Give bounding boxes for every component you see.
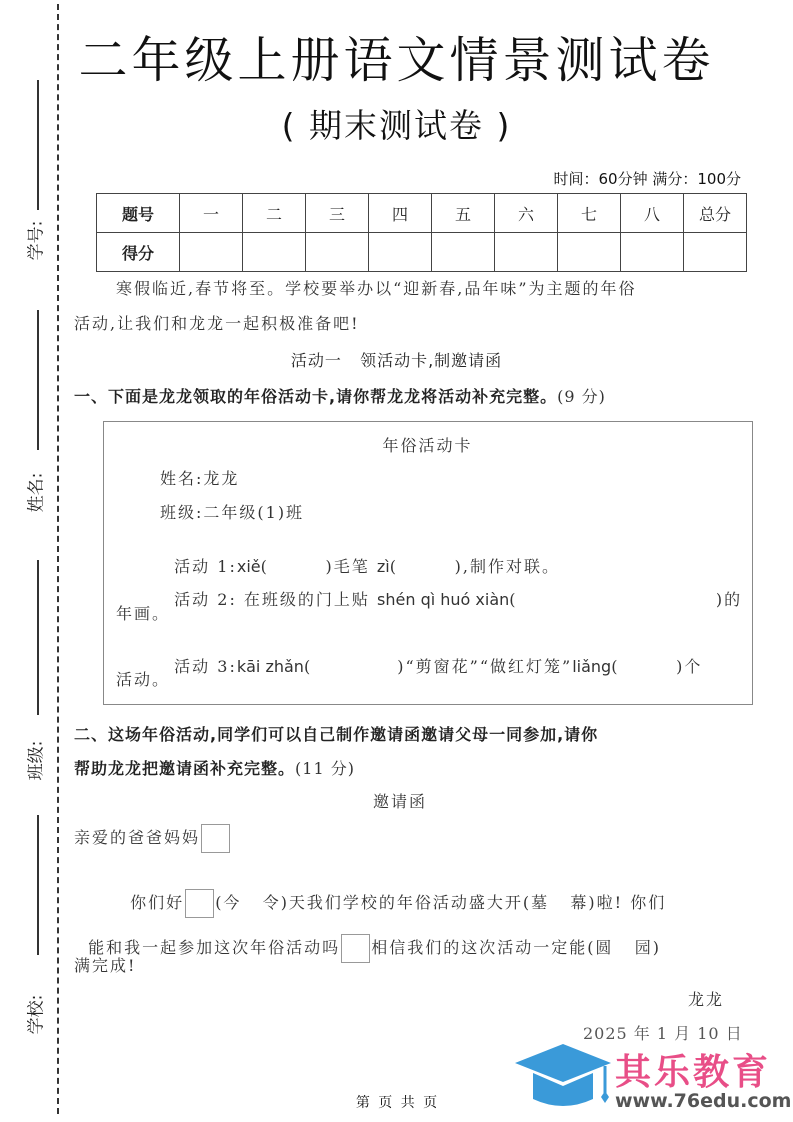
score-cell[interactable] <box>369 233 432 272</box>
page-footer: 第 页 共 页 <box>0 1092 793 1112</box>
column-header: 五 <box>432 194 495 233</box>
column-header: 七 <box>558 194 621 233</box>
score-cell-total[interactable] <box>684 233 747 272</box>
card-activity-3-cont: 活动。 <box>116 670 170 690</box>
score-cell[interactable] <box>495 233 558 272</box>
column-header: 一 <box>180 194 243 233</box>
pinyin-liang: liǎng <box>572 657 611 676</box>
row-header: 题号 <box>97 194 180 233</box>
row-header: 得分 <box>97 233 180 272</box>
time-info: 时间：60分钟 满分：100分 <box>554 168 742 189</box>
score-cell[interactable] <box>558 233 621 272</box>
name-label: 姓名: <box>22 473 47 513</box>
score-cell[interactable] <box>621 233 684 272</box>
page-title: 二年级上册语文情景测试卷 <box>0 22 793 92</box>
punctuation-box[interactable] <box>341 934 370 963</box>
class-label: 班级: <box>22 741 47 781</box>
card-name-line: 姓名:龙龙 <box>160 469 239 489</box>
card-activity-2: 活动 2: 在班级的门上贴 shén qì huó xiàn( )的 <box>160 570 742 610</box>
invitation-body-line-3: 满完成! <box>74 956 136 976</box>
score-cell[interactable] <box>180 233 243 272</box>
answer-blank[interactable]: ( ) <box>611 657 684 676</box>
question-1-points: (9 分) <box>557 387 606 406</box>
column-header-total: 总分 <box>684 194 747 233</box>
score-table: 题号 一 二 三 四 五 六 七 八 总分 得分 <box>96 193 747 272</box>
invitation-signature: 龙龙 <box>688 990 724 1010</box>
card-activity-2-cont: 年画。 <box>116 604 170 624</box>
student-id-label: 学号: <box>22 221 47 261</box>
school-label: 学校: <box>22 995 47 1035</box>
invitation-title: 邀请函 <box>0 792 793 812</box>
column-header: 四 <box>369 194 432 233</box>
binding-dashed-line <box>57 4 59 1114</box>
name-line <box>37 310 39 450</box>
page-subtitle: ( 期末测试卷 ) <box>0 100 793 147</box>
column-header: 六 <box>495 194 558 233</box>
invitation-body-line-1: 你们好(今 令)天我们学校的年俗活动盛大开(墓 幕)啦! 你们 <box>116 869 666 918</box>
pinyin-kai-zhan: kāi zhǎn <box>237 657 304 676</box>
pinyin-shen-qi-huo-xian: shén qì huó xiàn <box>377 590 509 609</box>
table-row-question-numbers: 题号 一 二 三 四 五 六 七 八 总分 <box>97 194 747 233</box>
watermark-brand: 其乐教育 <box>615 1044 771 1095</box>
school-line <box>37 815 39 955</box>
activity-card-title: 年俗活动卡 <box>0 436 793 456</box>
question-2-prompt-line-1: 二、这场年俗活动,同学们可以自己制作邀请函邀请父母一同参加,请你 <box>74 722 598 745</box>
column-header: 三 <box>306 194 369 233</box>
column-header: 八 <box>621 194 684 233</box>
intro-line-2: 活动,让我们和龙龙一起积极准备吧! <box>74 314 360 334</box>
invitation-body-line-2: 能和我一起参加这次年俗活动吗相信我们的这次活动一定能(圆 园) <box>74 914 661 963</box>
score-cell[interactable] <box>243 233 306 272</box>
activity-heading: 活动一 领活动卡,制邀请函 <box>0 348 793 371</box>
card-class-line: 班级:二年级(1)班 <box>160 503 304 523</box>
column-header: 二 <box>243 194 306 233</box>
table-row-scores: 得分 <box>97 233 747 272</box>
intro-line-1: 寒假临近,春节将至。学校要举办以“迎新春,品年味”为主题的年俗 <box>116 279 637 299</box>
class-line <box>37 560 39 715</box>
invitation-greeting: 亲爱的爸爸妈妈 <box>74 824 231 853</box>
score-cell[interactable] <box>306 233 369 272</box>
punctuation-box[interactable] <box>201 824 230 853</box>
question-1-text: 一、下面是龙龙领取的年俗活动卡,请你帮龙龙将活动补充完整。 <box>74 387 557 406</box>
answer-blank[interactable]: ( ) <box>304 657 406 676</box>
question-2-prompt-line-2: 帮助龙龙把邀请函补充完整。(11 分) <box>74 756 355 779</box>
question-2-points: (11 分) <box>295 759 355 778</box>
card-activity-3: 活动 3:kāi zhǎn( )“剪窗花”“做红灯笼”liǎng( )个 <box>160 637 702 677</box>
question-1-prompt: 一、下面是龙龙领取的年俗活动卡,请你帮龙龙将活动补充完整。(9 分) <box>74 384 606 407</box>
answer-blank[interactable]: ( ) <box>509 590 724 609</box>
score-cell[interactable] <box>432 233 495 272</box>
